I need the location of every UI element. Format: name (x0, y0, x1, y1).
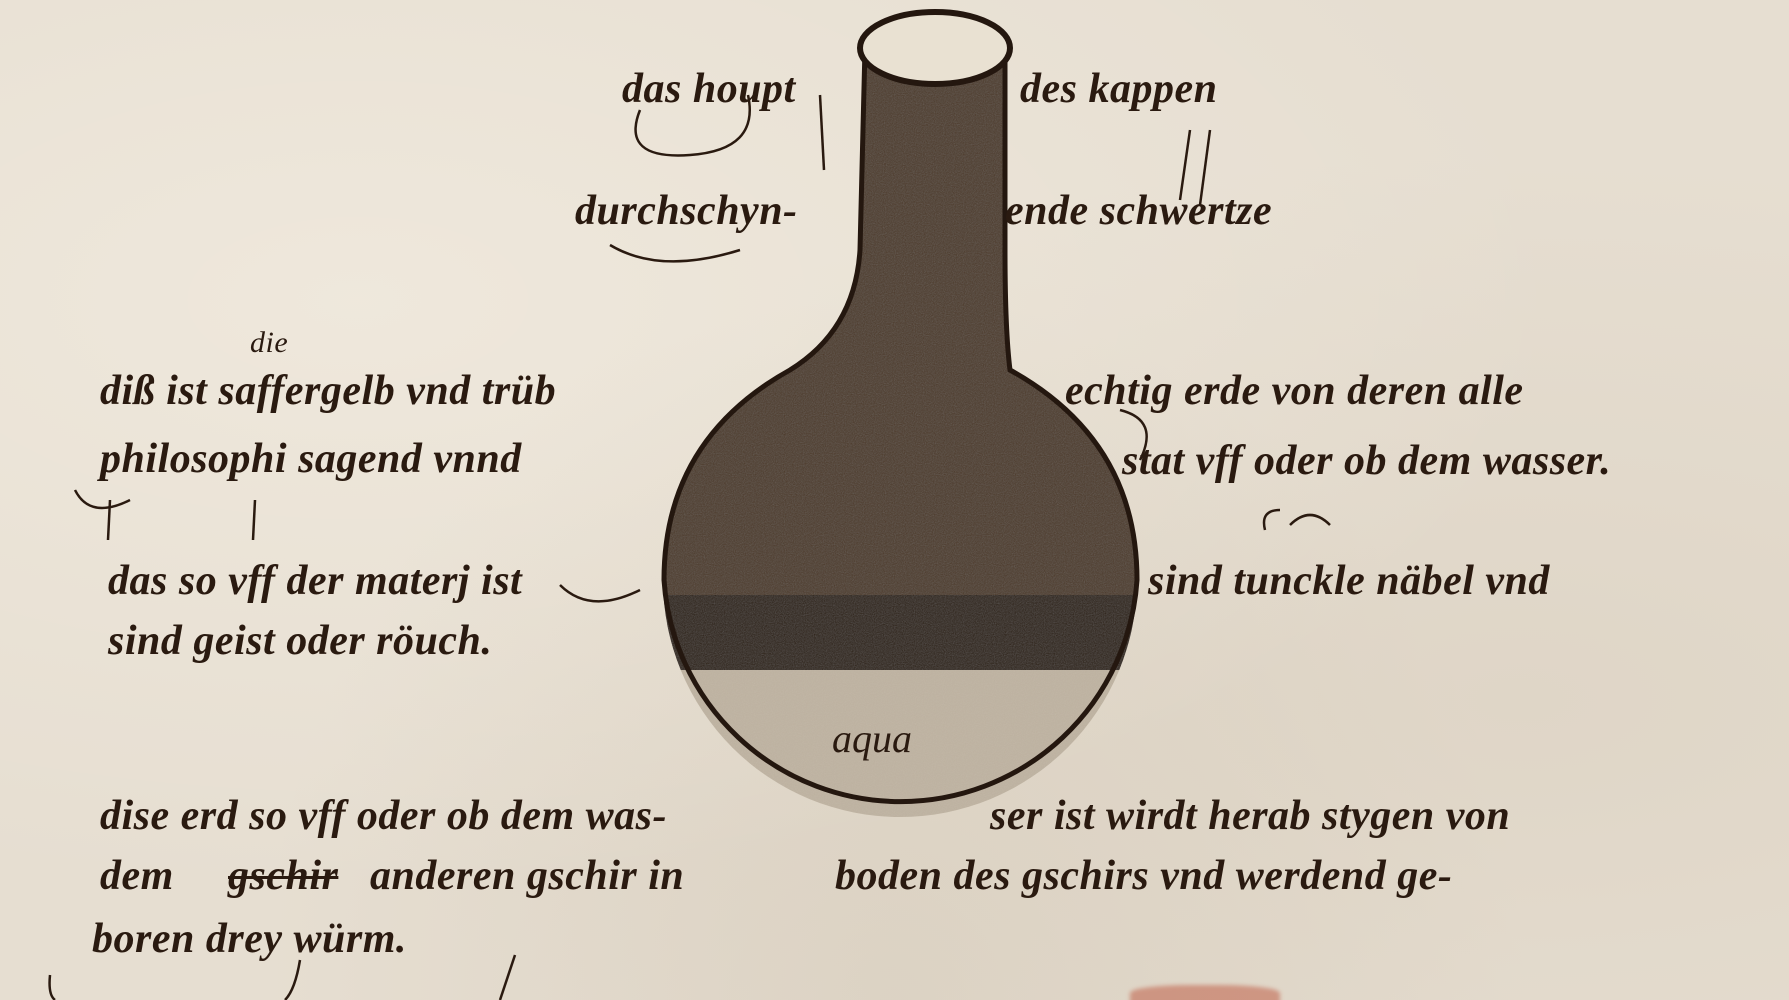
text-line-left-2: philosophi sagend vnnd (100, 438, 522, 480)
text-line-right-2: stat vff oder ob dem wasser. (1122, 440, 1611, 482)
text-line-right-3: sind tunckle näbel vnd (1148, 560, 1550, 602)
red-rubric-mark (1130, 985, 1280, 1000)
text-line-bottom-right-1: ser ist wirdt herab stygen von (990, 795, 1510, 837)
text-line-left-4: sind geist oder röuch. (108, 620, 492, 662)
manuscript-page: aqua das houpt des kappen durchschyn- en… (0, 0, 1789, 1000)
aqua-label: aqua (832, 715, 912, 762)
struck-word: gschir (228, 855, 338, 897)
text-line-bottom-left-2a: dem (100, 855, 174, 897)
text-line-bottom-right-2: boden des gschirs vnd werdend ge- (835, 855, 1452, 897)
flask-body (660, 48, 1140, 828)
text-line-bottom-left-1: dise erd so vff oder ob dem was- (100, 795, 667, 837)
text-line-bottom-left-2b: anderen gschir in (370, 855, 684, 897)
flask-rim (860, 12, 1010, 84)
insertion-above-line: die (250, 328, 288, 358)
flask-illustration (0, 0, 1789, 1000)
text-line-top-right-1: des kappen (1020, 68, 1218, 110)
text-line-right-1: echtig erde von deren alle (1065, 370, 1524, 412)
text-line-left-1: diß ist saffergelb vnd trüb (100, 370, 556, 412)
text-line-bottom-left-3: boren drey würm. (92, 918, 407, 960)
text-line-top-left-1: das houpt (622, 68, 796, 110)
text-line-top-left-2: durchschyn- (575, 190, 798, 232)
text-line-top-right-2: ende schwertze (1005, 190, 1272, 232)
text-line-left-3: das so vff der materj ist (108, 560, 522, 602)
